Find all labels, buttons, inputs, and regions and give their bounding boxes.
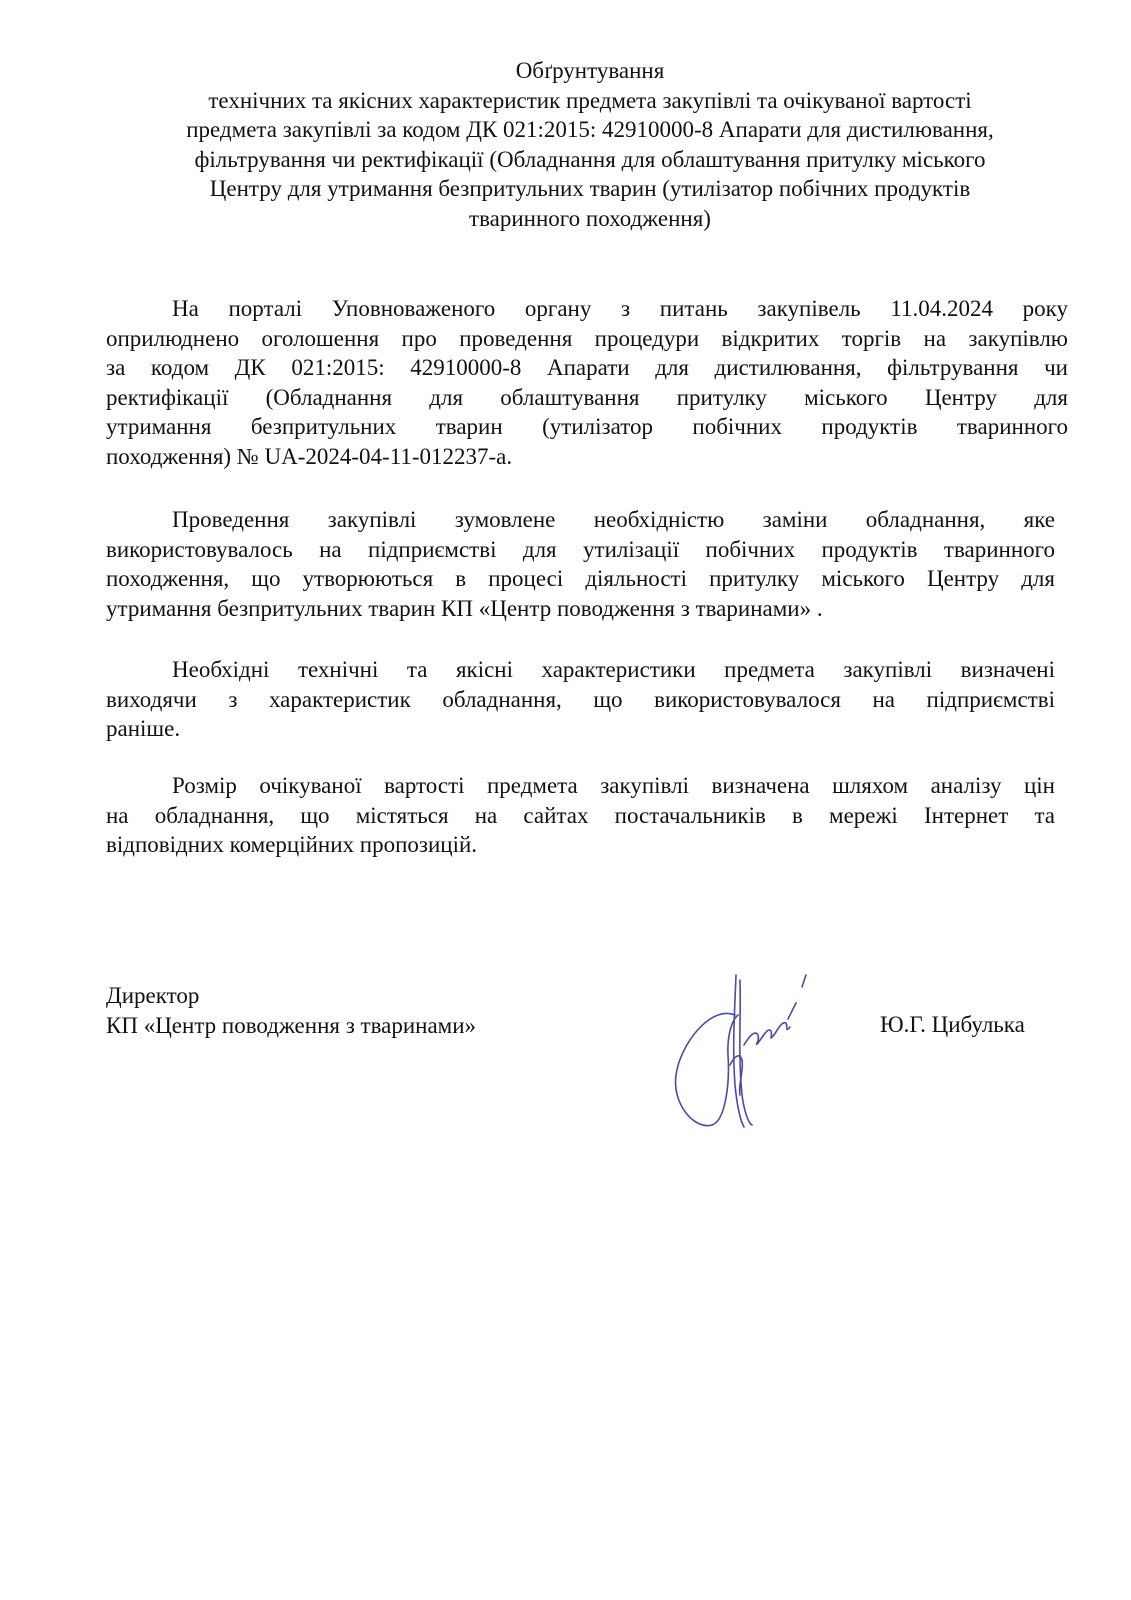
paragraph-characteristics: Необхідні технічні та якісні характерист… bbox=[106, 655, 1055, 744]
paragraph-line: виходячи з характеристик обладнання, що … bbox=[106, 685, 1055, 715]
paragraph-line: за кодом ДК 021:2015: 42910000-8 Апарати… bbox=[106, 353, 1068, 383]
paragraph-line: відповідних комерційних пропозицій. bbox=[106, 830, 1055, 860]
paragraph-line: використовувалось на підприємстві для ут… bbox=[106, 535, 1055, 565]
title-line: фільтрування чи ректифікації (Обладнання… bbox=[100, 145, 1080, 175]
title-line: Центру для утримання безпритульних твари… bbox=[100, 174, 1080, 204]
paragraph-line: оприлюднено оголошення про проведення пр… bbox=[106, 324, 1068, 354]
signatory-block: Директор КП «Центр поводження з тваринам… bbox=[106, 981, 476, 1040]
title-line: технічних та якісних характеристик предм… bbox=[100, 86, 1080, 116]
paragraph-line: утримання безпритульних тварин КП «Центр… bbox=[106, 594, 1055, 624]
paragraph-announcement: На порталі Уповноваженого органу з питан… bbox=[106, 294, 1068, 471]
signatory-organization: КП «Центр поводження з тваринами» bbox=[106, 1011, 476, 1041]
paragraph-line: на обладнання, що містяться на сайтах по… bbox=[106, 801, 1055, 831]
paragraph-line: Необхідні технічні та якісні характерист… bbox=[106, 655, 1055, 685]
paragraph-line: ректифікації (Обладнання для облаштуванн… bbox=[106, 383, 1068, 413]
paragraph-line: Проведення закупівлі зумовлене необхідні… bbox=[106, 505, 1055, 535]
handwritten-signature-icon bbox=[640, 935, 840, 1135]
paragraph-line: походження) № UA-2024-04-11-012237-а. bbox=[106, 442, 1068, 472]
paragraph-line: утримання безпритульних тварин (утилізат… bbox=[106, 412, 1068, 442]
signatory-position: Директор bbox=[106, 981, 476, 1011]
signatory-name: Ю.Г. Цибулька bbox=[880, 1010, 1025, 1040]
title-line: тваринного походження) bbox=[100, 204, 1080, 234]
paragraph-line: походження, що утворюються в процесі дія… bbox=[106, 564, 1055, 594]
document-title: Обґрунтування технічних та якісних харак… bbox=[100, 56, 1080, 233]
paragraph-reason: Проведення закупівлі зумовлене необхідні… bbox=[106, 505, 1055, 623]
title-line: предмета закупівлі за кодом ДК 021:2015:… bbox=[100, 115, 1080, 145]
paragraph-line: раніше. bbox=[106, 714, 1055, 744]
paragraph-line: На порталі Уповноваженого органу з питан… bbox=[106, 294, 1068, 324]
title-heading: Обґрунтування bbox=[100, 56, 1080, 86]
document-page: Обґрунтування технічних та якісних харак… bbox=[0, 0, 1131, 1600]
paragraph-line: Розмір очікуваної вартості предмета заку… bbox=[106, 771, 1055, 801]
paragraph-expected-cost: Розмір очікуваної вартості предмета заку… bbox=[106, 771, 1055, 860]
